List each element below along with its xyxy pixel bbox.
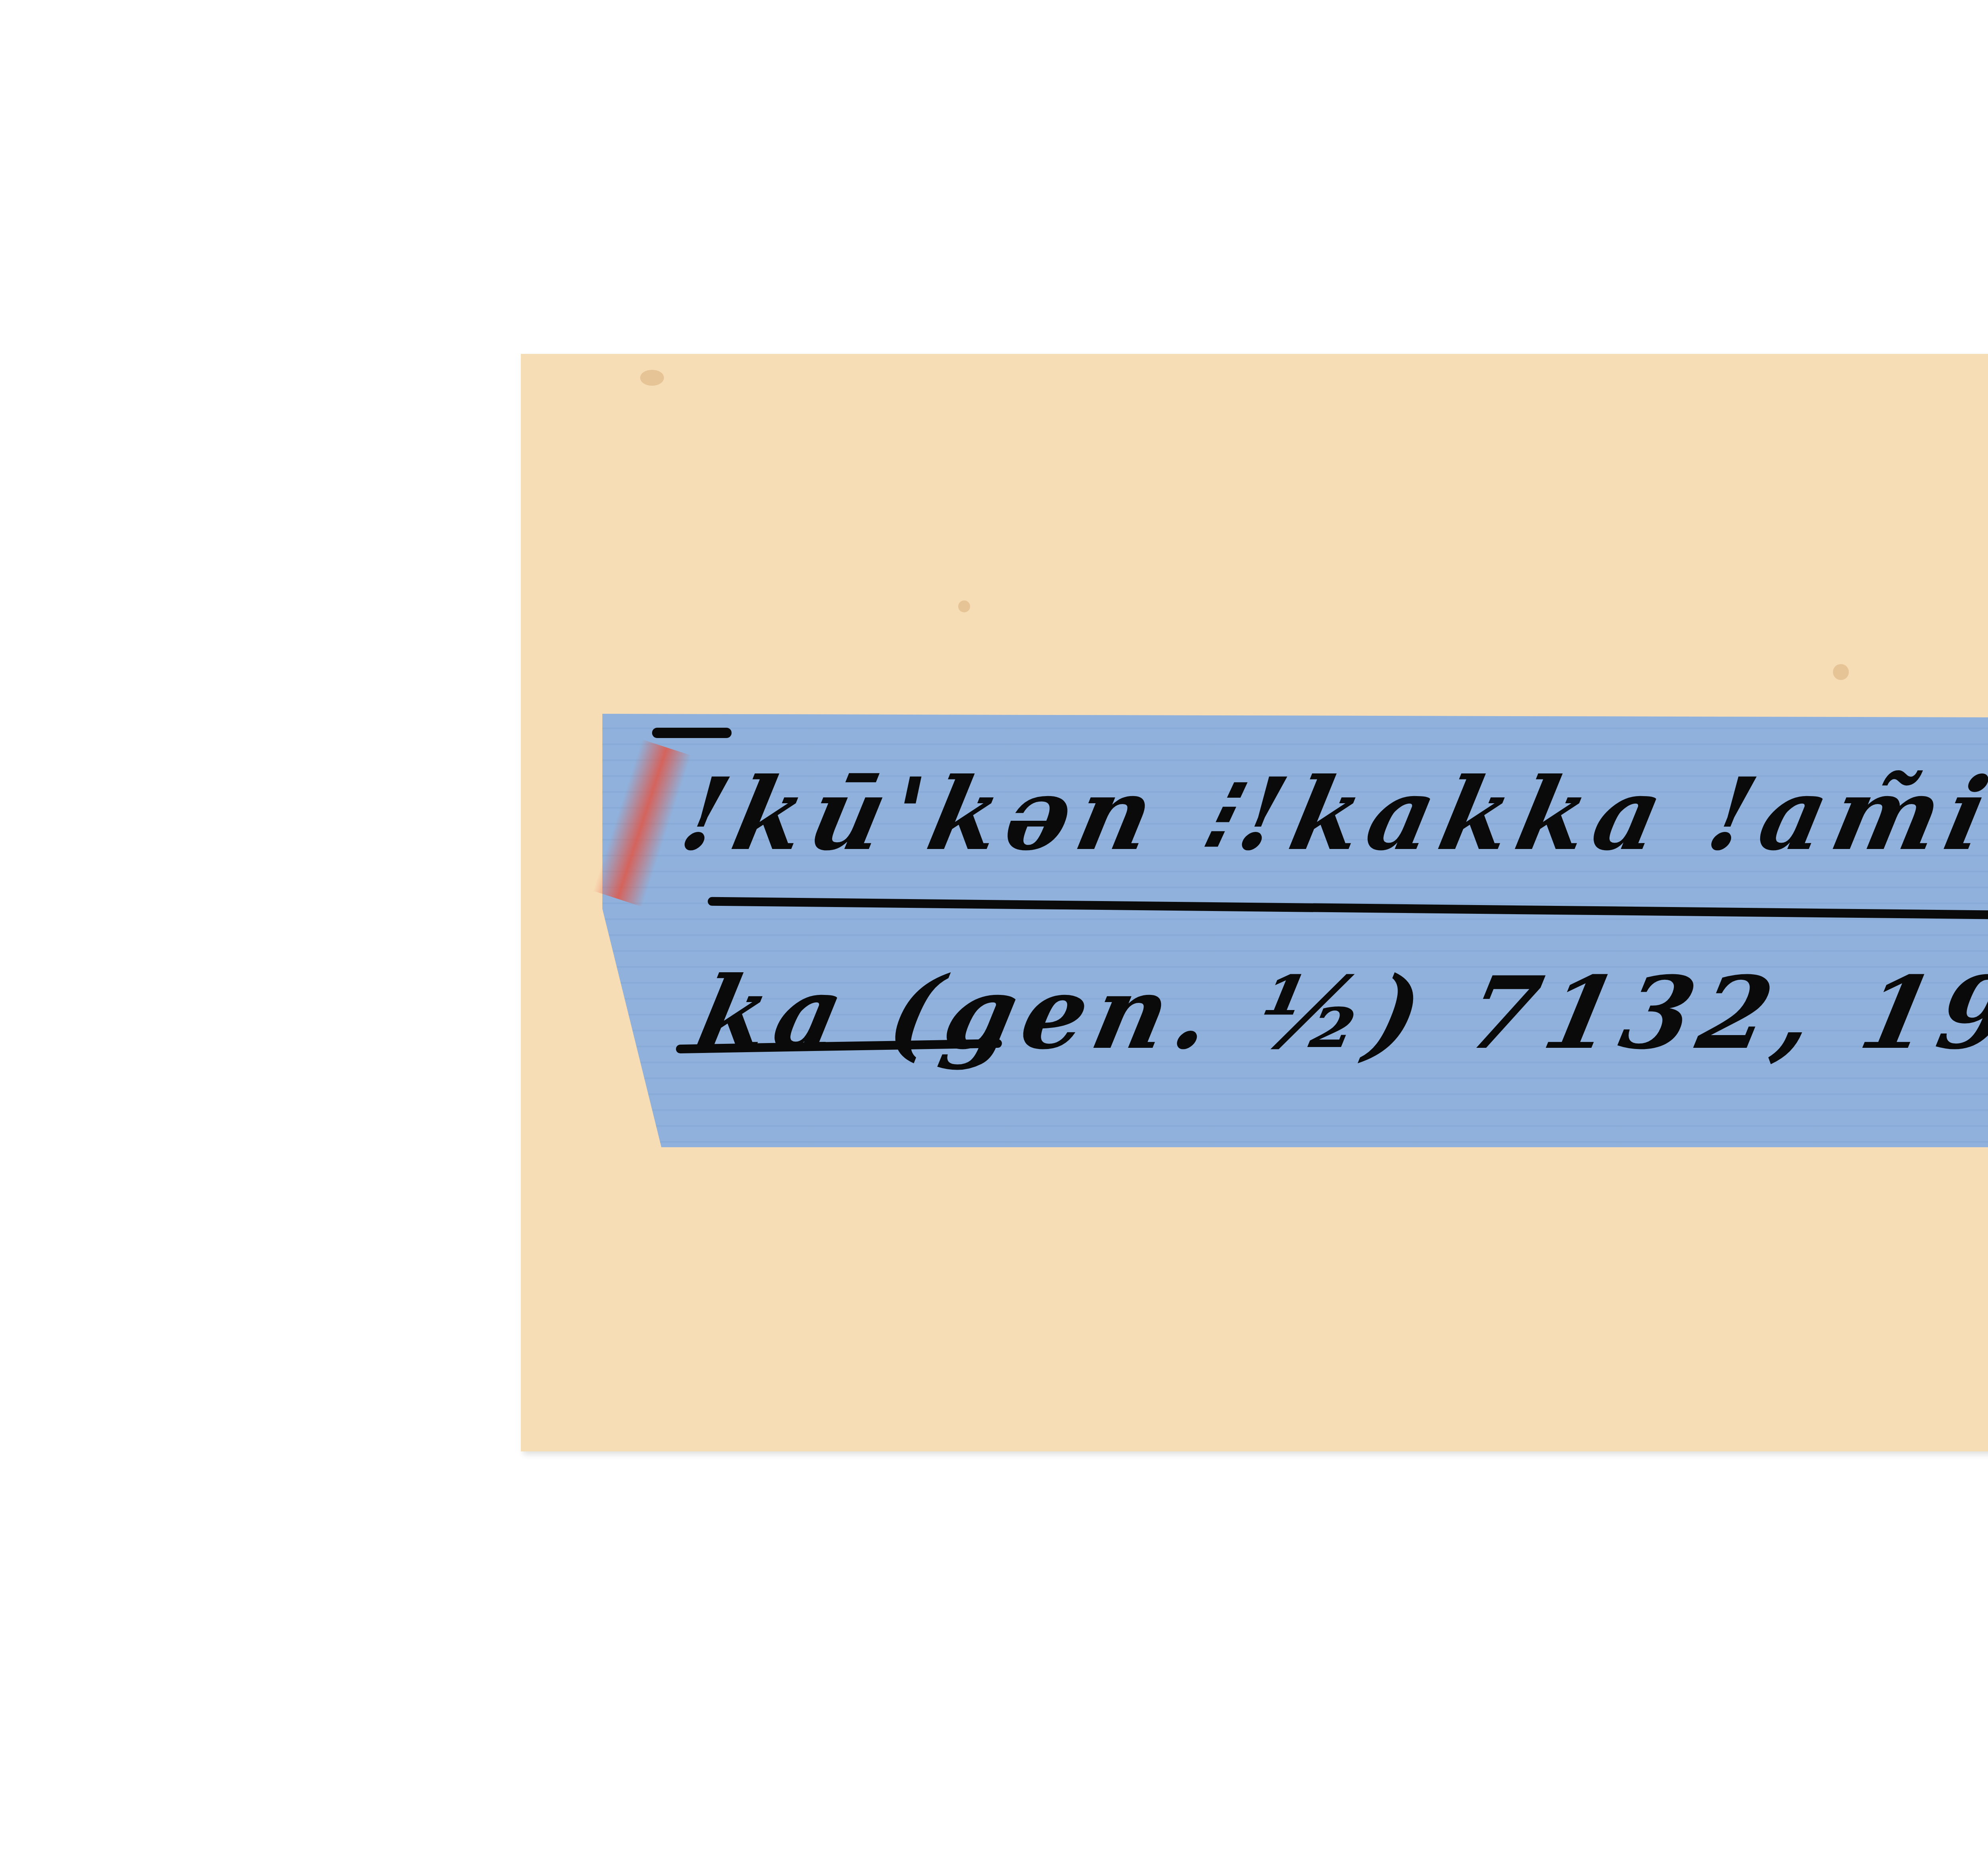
slip-line-1: !kū'kən ⁝!kakka !am̃i- — [672, 756, 1988, 872]
stain — [640, 370, 664, 386]
overline-stroke — [652, 728, 732, 738]
slip-line-2: ka (gen. ½) 7132, 19. — [687, 954, 1988, 1071]
stain — [958, 600, 970, 612]
stain — [1833, 664, 1849, 680]
